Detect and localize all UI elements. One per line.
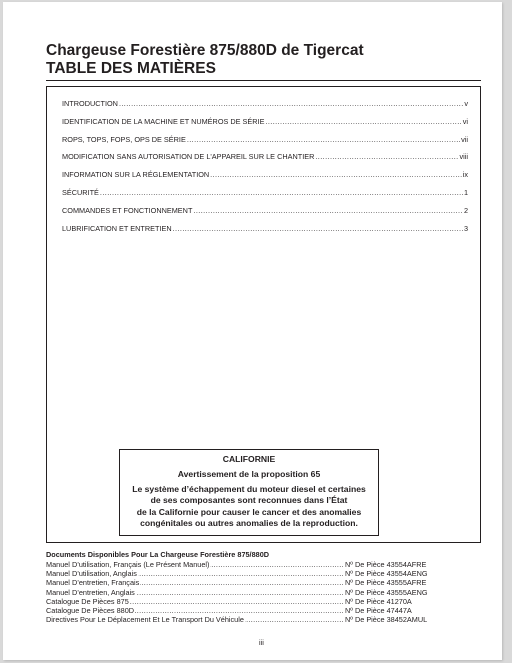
- toc-entry[interactable]: INTRODUCTIONv: [62, 99, 468, 117]
- available-documents: Documents Disponibles Pour La Chargeuse …: [46, 550, 446, 624]
- document-part-number: Nº De Pièce 38452AMUL: [344, 615, 427, 624]
- document-part-number: Nº De Pièce 43554AENG: [344, 569, 428, 578]
- warning-title: CALIFORNIE: [120, 454, 378, 464]
- warning-line: de la Californie pour causer le cancer e…: [120, 507, 378, 518]
- toc-entry-page: 1: [464, 188, 468, 197]
- document-part-number: Nº De Pièce 41270A: [344, 597, 412, 606]
- toc-entry-page: 2: [464, 206, 468, 215]
- document-name: Manuel D’entretien, Anglais: [46, 588, 136, 597]
- toc-entry-label: MODIFICATION SANS AUTORISATION DE L'APPA…: [62, 152, 314, 161]
- dot-leader: [315, 152, 458, 161]
- dot-leader: [193, 206, 463, 215]
- warning-line: de ses composantes sont reconnues dans l…: [120, 495, 378, 506]
- document-item: Catalogue De Pièces 875 Nº De Pièce 4127…: [46, 597, 446, 606]
- page-number: iii: [259, 638, 264, 647]
- dot-leader: [265, 117, 461, 126]
- document-name: Catalogue De Pièces 875: [46, 597, 130, 606]
- toc-entry-label: ROPS, TOPS, FOPS, OPS DE SÉRIE: [62, 135, 186, 144]
- document-name: Manuel D’utilisation, Anglais: [46, 569, 138, 578]
- toc-entry-label: SÉCURITÉ: [62, 188, 99, 197]
- document-title: Chargeuse Forestière 875/880D de Tigerca…: [46, 42, 364, 60]
- document-item: Catalogue De Pièces 880D Nº De Pièce 474…: [46, 606, 446, 615]
- document-item: Directives Pour Le Déplacement Et Le Tra…: [46, 615, 446, 624]
- dot-leader: [119, 99, 463, 108]
- document-name: Manuel D’entretien, Français: [46, 578, 140, 587]
- table-of-contents: INTRODUCTIONv IDENTIFICATION DE LA MACHI…: [62, 99, 468, 241]
- document-name: Manuel D’utilisation, Français (Le Prése…: [46, 560, 210, 569]
- document-part-number: Nº De Pièce 43554AFRE: [344, 560, 426, 569]
- toc-entry-label: IDENTIFICATION DE LA MACHINE ET NUMÉROS …: [62, 117, 264, 126]
- document-part-number: Nº De Pièce 43555AENG: [344, 588, 428, 597]
- warning-line: Le système d’échappement du moteur diese…: [120, 484, 378, 495]
- dot-leader: [100, 188, 463, 197]
- document-item: Manuel D’entretien, Anglais Nº De Pièce …: [46, 588, 446, 597]
- document-item: Manuel D’entretien, Français Nº De Pièce…: [46, 578, 446, 587]
- toc-entry[interactable]: IDENTIFICATION DE LA MACHINE ET NUMÉROS …: [62, 117, 468, 135]
- warning-line: congénitales ou autres anomalies de la r…: [120, 518, 378, 529]
- warning-body: Le système d’échappement du moteur diese…: [120, 484, 378, 529]
- document-page: Chargeuse Forestière 875/880D de Tigerca…: [3, 2, 502, 660]
- document-name: Directives Pour Le Déplacement Et Le Tra…: [46, 615, 245, 624]
- toc-entry-label: INFORMATION SUR LA RÉGLEMENTATION: [62, 170, 209, 179]
- toc-entry[interactable]: LUBRIFICATION ET ENTRETIEN3: [62, 224, 468, 242]
- dot-leader: [187, 135, 460, 144]
- toc-entry[interactable]: COMMANDES ET FONCTIONNEMENT2: [62, 206, 468, 224]
- dot-leader: [210, 170, 462, 179]
- toc-entry-page: vii: [461, 135, 468, 144]
- document-part-number: Nº De Pièce 47447A: [344, 606, 412, 615]
- section-title: TABLE DES MATIÈRES: [46, 60, 216, 78]
- toc-entry-label: COMMANDES ET FONCTIONNEMENT: [62, 206, 192, 215]
- toc-frame: INTRODUCTIONv IDENTIFICATION DE LA MACHI…: [46, 86, 481, 543]
- dot-leader: [173, 224, 463, 233]
- toc-entry-page: 3: [464, 224, 468, 233]
- toc-entry[interactable]: ROPS, TOPS, FOPS, OPS DE SÉRIEvii: [62, 135, 468, 153]
- document-name: Catalogue De Pièces 880D: [46, 606, 135, 615]
- toc-entry-label: LUBRIFICATION ET ENTRETIEN: [62, 224, 172, 233]
- warning-subtitle: Avertissement de la proposition 65: [120, 469, 378, 479]
- toc-entry-page: ix: [463, 170, 468, 179]
- california-warning-box: CALIFORNIE Avertissement de la propositi…: [119, 449, 379, 536]
- document-part-number: Nº De Pièce 43555AFRE: [344, 578, 426, 587]
- toc-entry[interactable]: MODIFICATION SANS AUTORISATION DE L'APPA…: [62, 152, 468, 170]
- toc-entry-page: viii: [459, 152, 468, 161]
- toc-entry[interactable]: INFORMATION SUR LA RÉGLEMENTATIONix: [62, 170, 468, 188]
- toc-entry-page: v: [464, 99, 468, 108]
- title-divider: [46, 80, 481, 81]
- document-item: Manuel D’utilisation, Anglais Nº De Pièc…: [46, 569, 446, 578]
- toc-entry-label: INTRODUCTION: [62, 99, 118, 108]
- toc-entry[interactable]: SÉCURITÉ1: [62, 188, 468, 206]
- toc-entry-page: vi: [463, 117, 468, 126]
- document-item: Manuel D’utilisation, Français (Le Prése…: [46, 560, 446, 569]
- documents-title: Documents Disponibles Pour La Chargeuse …: [46, 550, 446, 560]
